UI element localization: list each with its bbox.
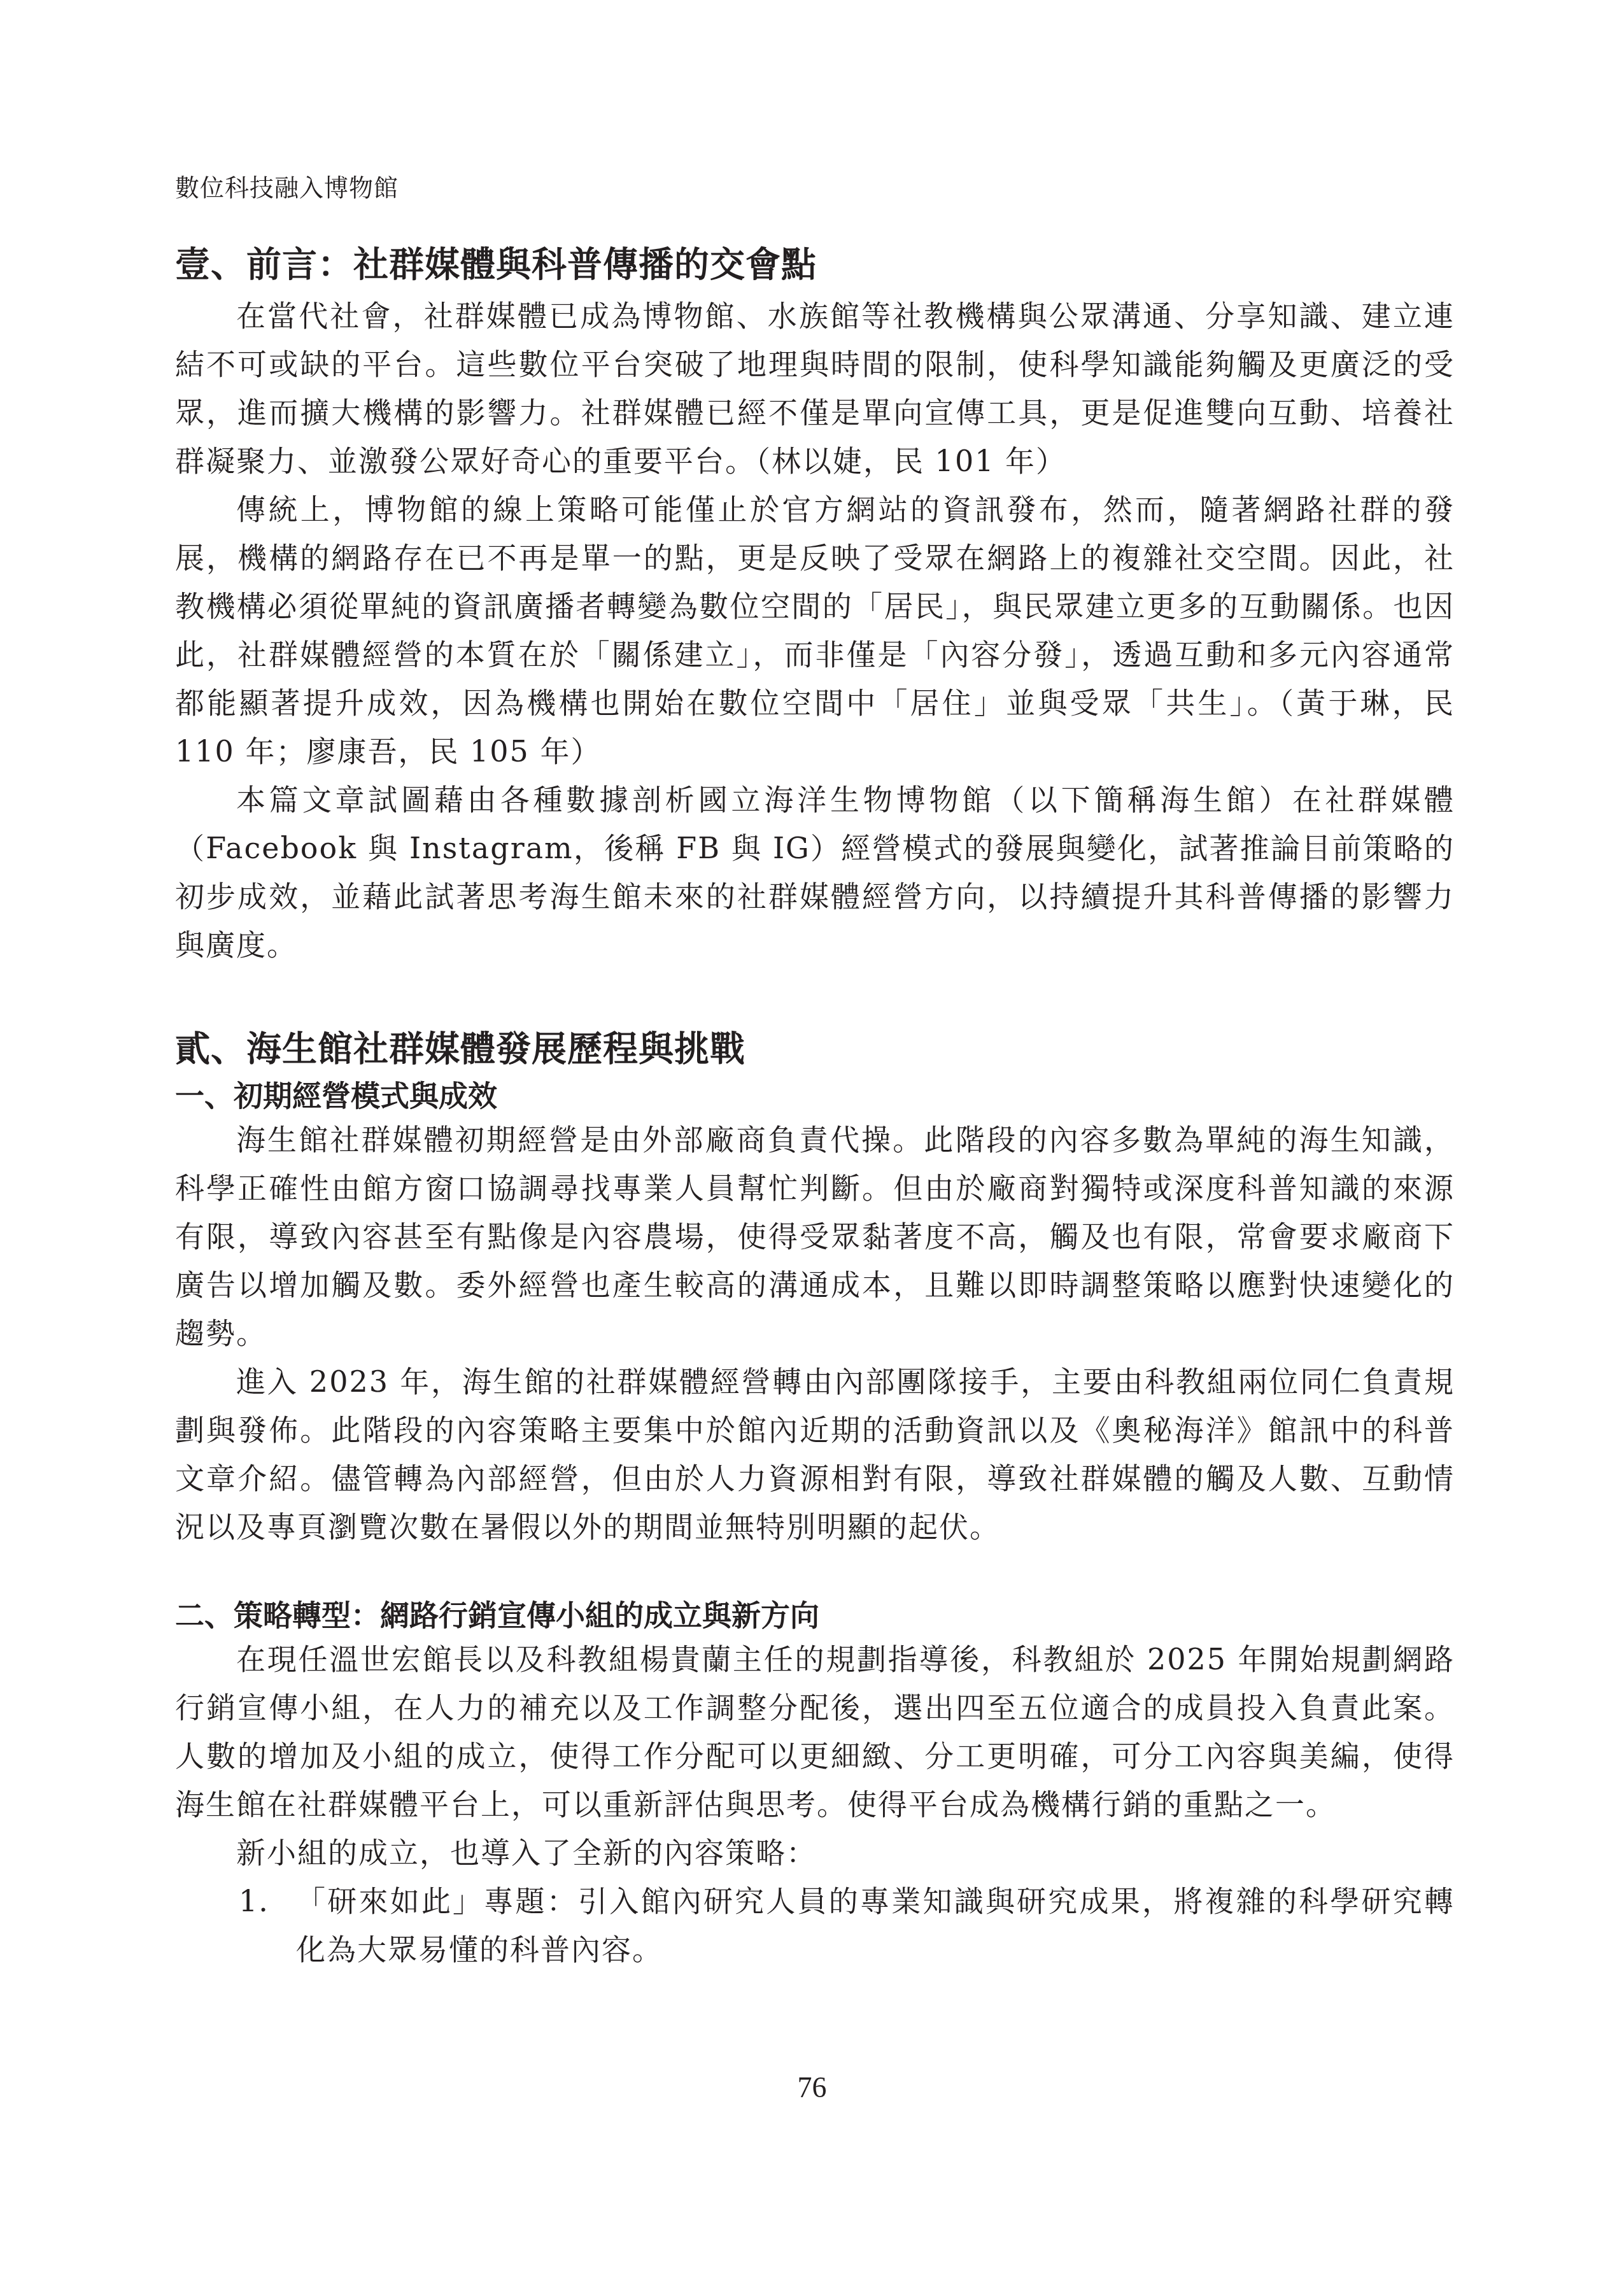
paragraph: 在現任溫世宏館長以及科教組楊貴蘭主任的規劃指導後，科教組於 2025 年開始規劃… — [175, 1635, 1455, 1829]
section-heading-introduction: 壹、前言：社群媒體與科普傳播的交會點 — [175, 242, 1455, 287]
list-item-text: 「研來如此」專題：引入館內研究人員的專業知識與研究成果，將複雜的科學研究轉化為大… — [296, 1884, 1455, 1967]
paragraph: 新小組的成立，也導入了全新的內容策略： — [175, 1829, 1455, 1877]
paragraph: 在當代社會，社群媒體已成為博物館、水族館等社教機構與公眾溝通、分享知識、建立連結… — [175, 292, 1455, 485]
running-header: 數位科技融入博物館 — [175, 172, 399, 204]
document-page: 數位科技融入博物館 壹、前言：社群媒體與科普傳播的交會點 在當代社會，社群媒體已… — [0, 0, 1624, 2278]
page-number: 76 — [0, 2070, 1624, 2104]
subsection-heading-strategy-shift: 二、策略轉型：網路行銷宣傳小組的成立與新方向 — [175, 1595, 1455, 1635]
paragraph: 傳統上，博物館的線上策略可能僅止於官方網站的資訊發布，然而，隨著網路社群的發展，… — [175, 485, 1455, 775]
paragraph: 本篇文章試圖藉由各種數據剖析國立海洋生物博物館（以下簡稱海生館）在社群媒體（Fa… — [175, 775, 1455, 969]
paragraph: 海生館社群媒體初期經營是由外部廠商負責代操。此階段的內容多數為單純的海生知識，科… — [175, 1115, 1455, 1357]
page-content: 壹、前言：社群媒體與科普傳播的交會點 在當代社會，社群媒體已成為博物館、水族館等… — [175, 242, 1455, 1974]
paragraph: 進入 2023 年，海生館的社群媒體經營轉由內部團隊接手，主要由科教組兩位同仁負… — [175, 1357, 1455, 1551]
list-item: 1. 「研來如此」專題：引入館內研究人員的專業知識與研究成果，將複雜的科學研究轉… — [175, 1877, 1455, 1974]
section-spacer — [175, 969, 1455, 1026]
section-spacer — [175, 1551, 1455, 1595]
list-item-number: 1. — [239, 1877, 269, 1925]
section-heading-development: 貳、海生館社群媒體發展歷程與挑戰 — [175, 1026, 1455, 1071]
subsection-heading-initial-model: 一、初期經營模式與成效 — [175, 1076, 1455, 1115]
